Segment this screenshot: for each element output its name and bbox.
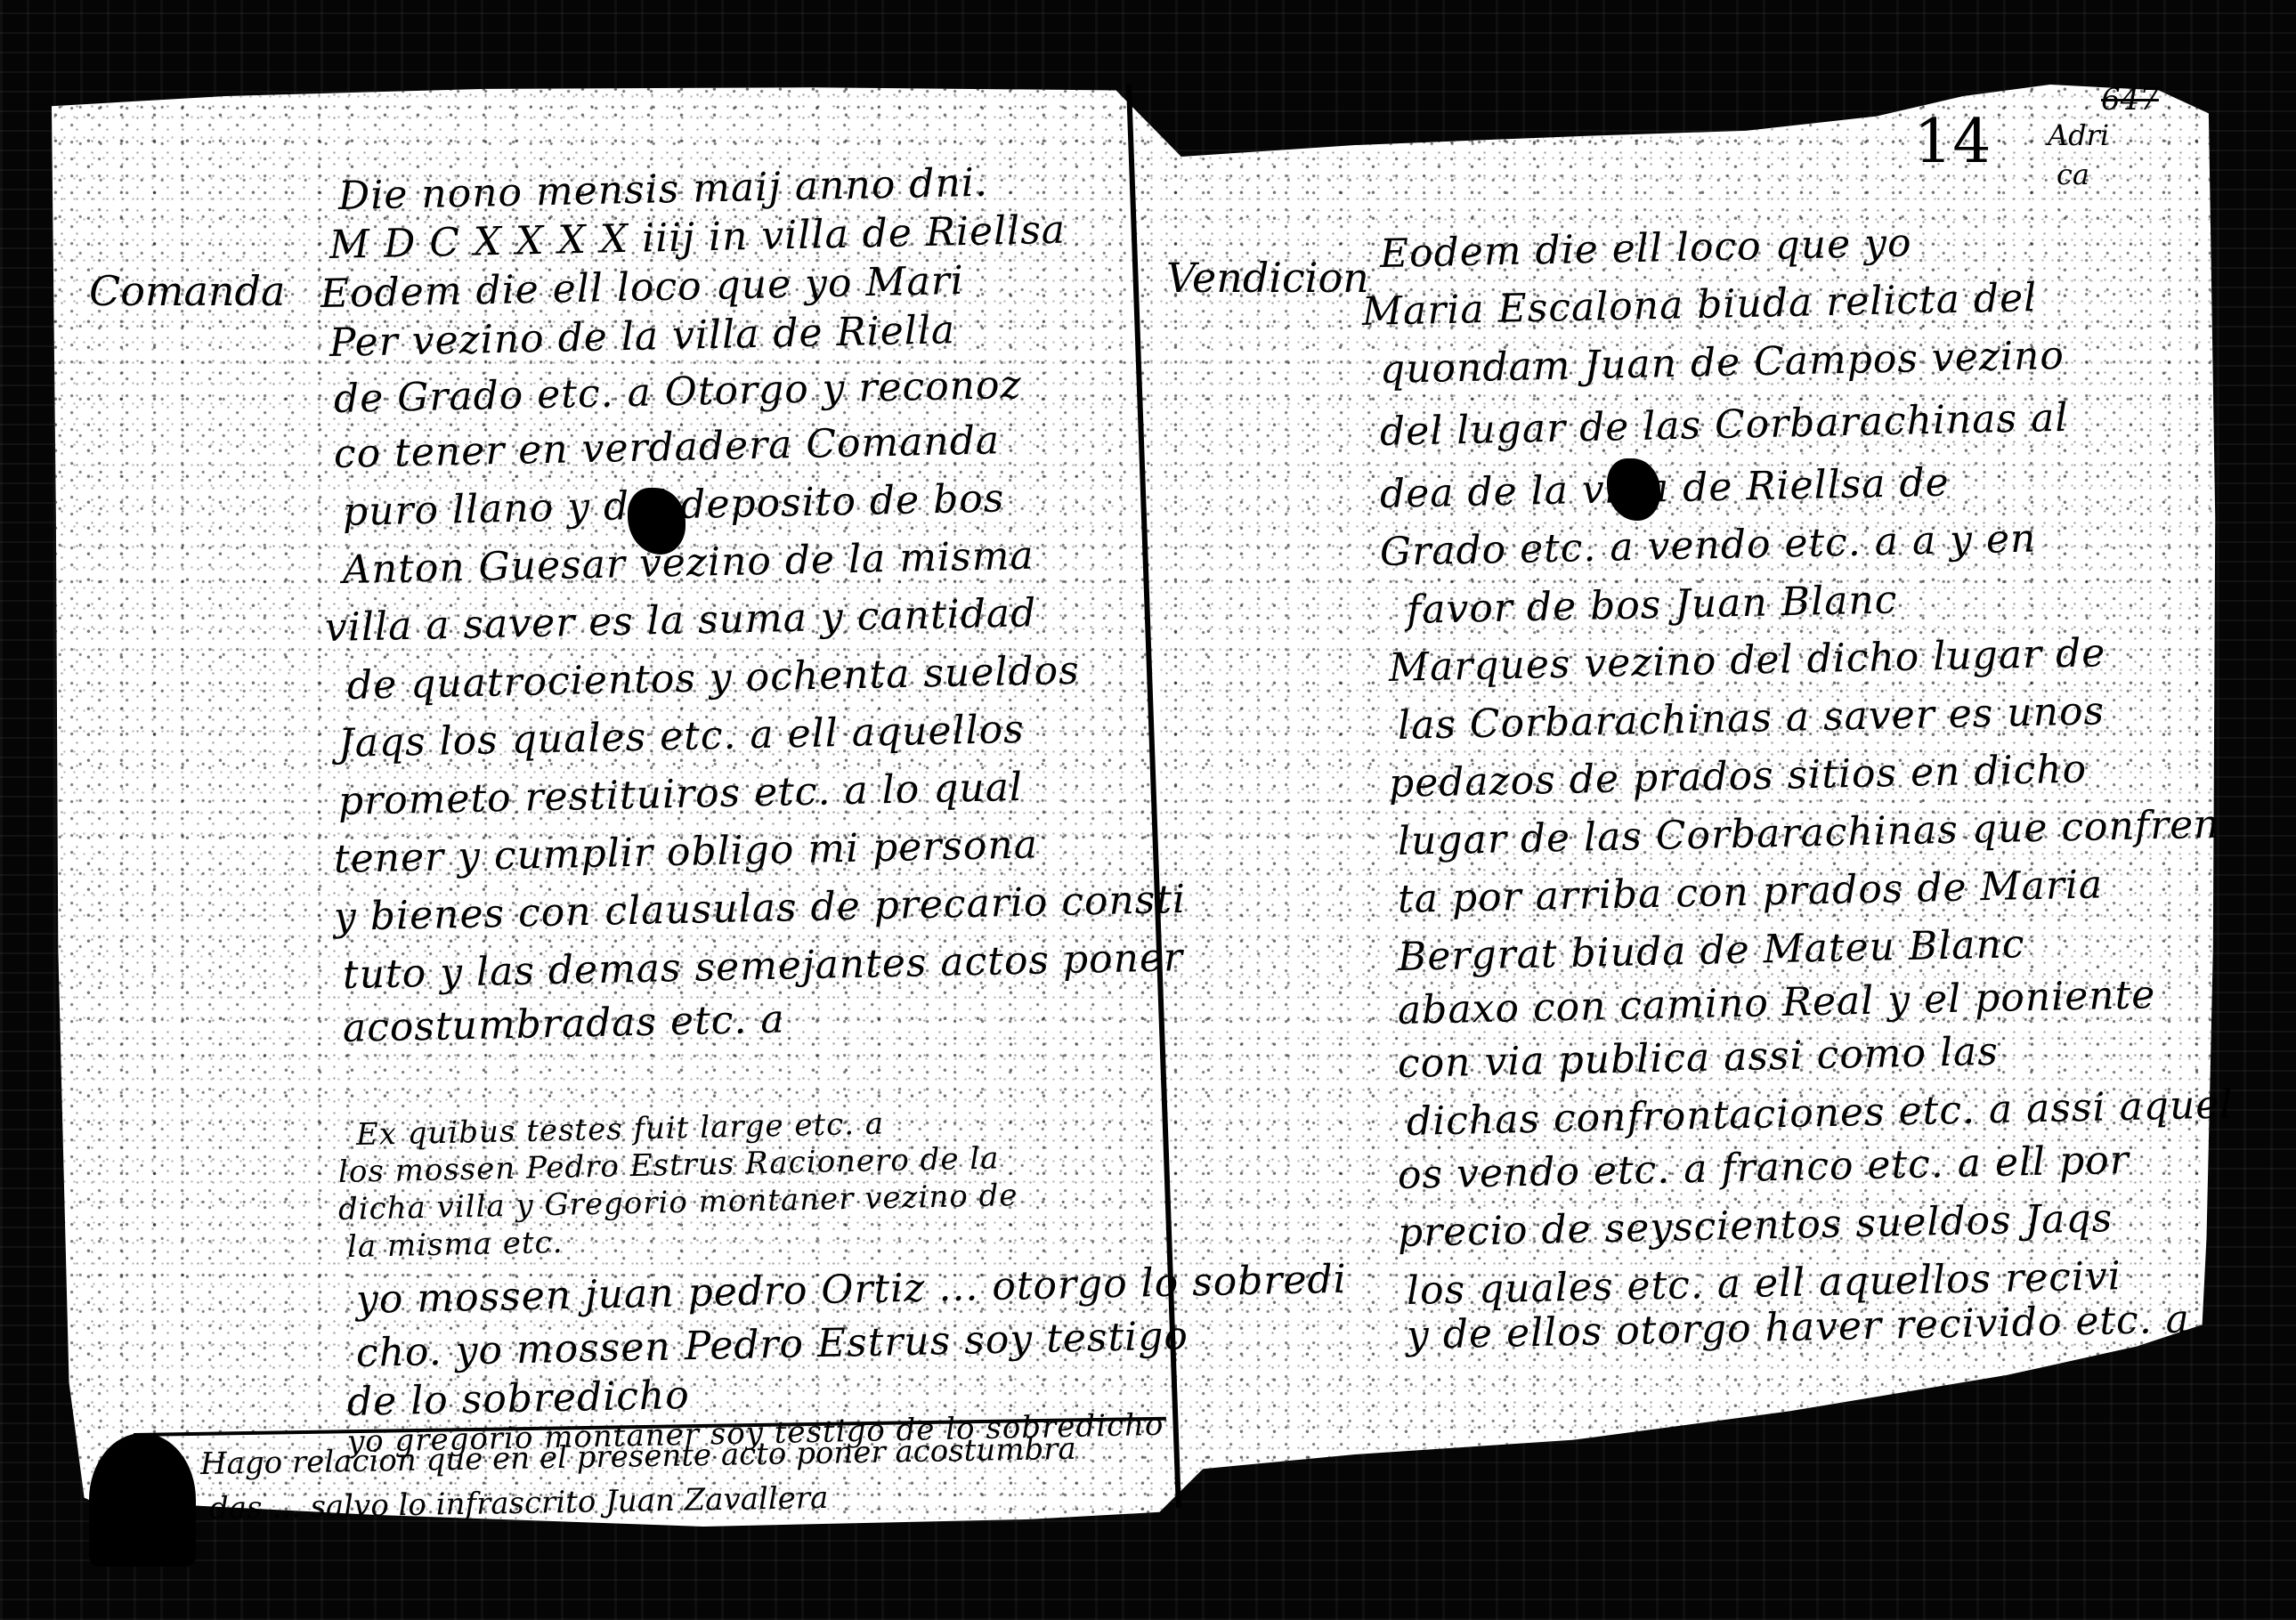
folio-number-old-struck: 647 <box>2101 82 2159 117</box>
folio-note-line: ca <box>2048 155 2109 194</box>
entry-line: acostumbradas etc. a <box>342 997 785 1051</box>
folio-note-line: Adri <box>2048 116 2109 155</box>
folio-marginal-note: Adri ca <box>2048 116 2109 194</box>
margin-label-vendicion: Vendicion <box>1166 254 1369 302</box>
folio-number: 14 <box>1914 107 1992 177</box>
margin-label-comanda: Comanda <box>89 267 285 315</box>
page-corner-fold <box>89 1433 196 1567</box>
witness-line: la misma etc. <box>347 1225 564 1265</box>
